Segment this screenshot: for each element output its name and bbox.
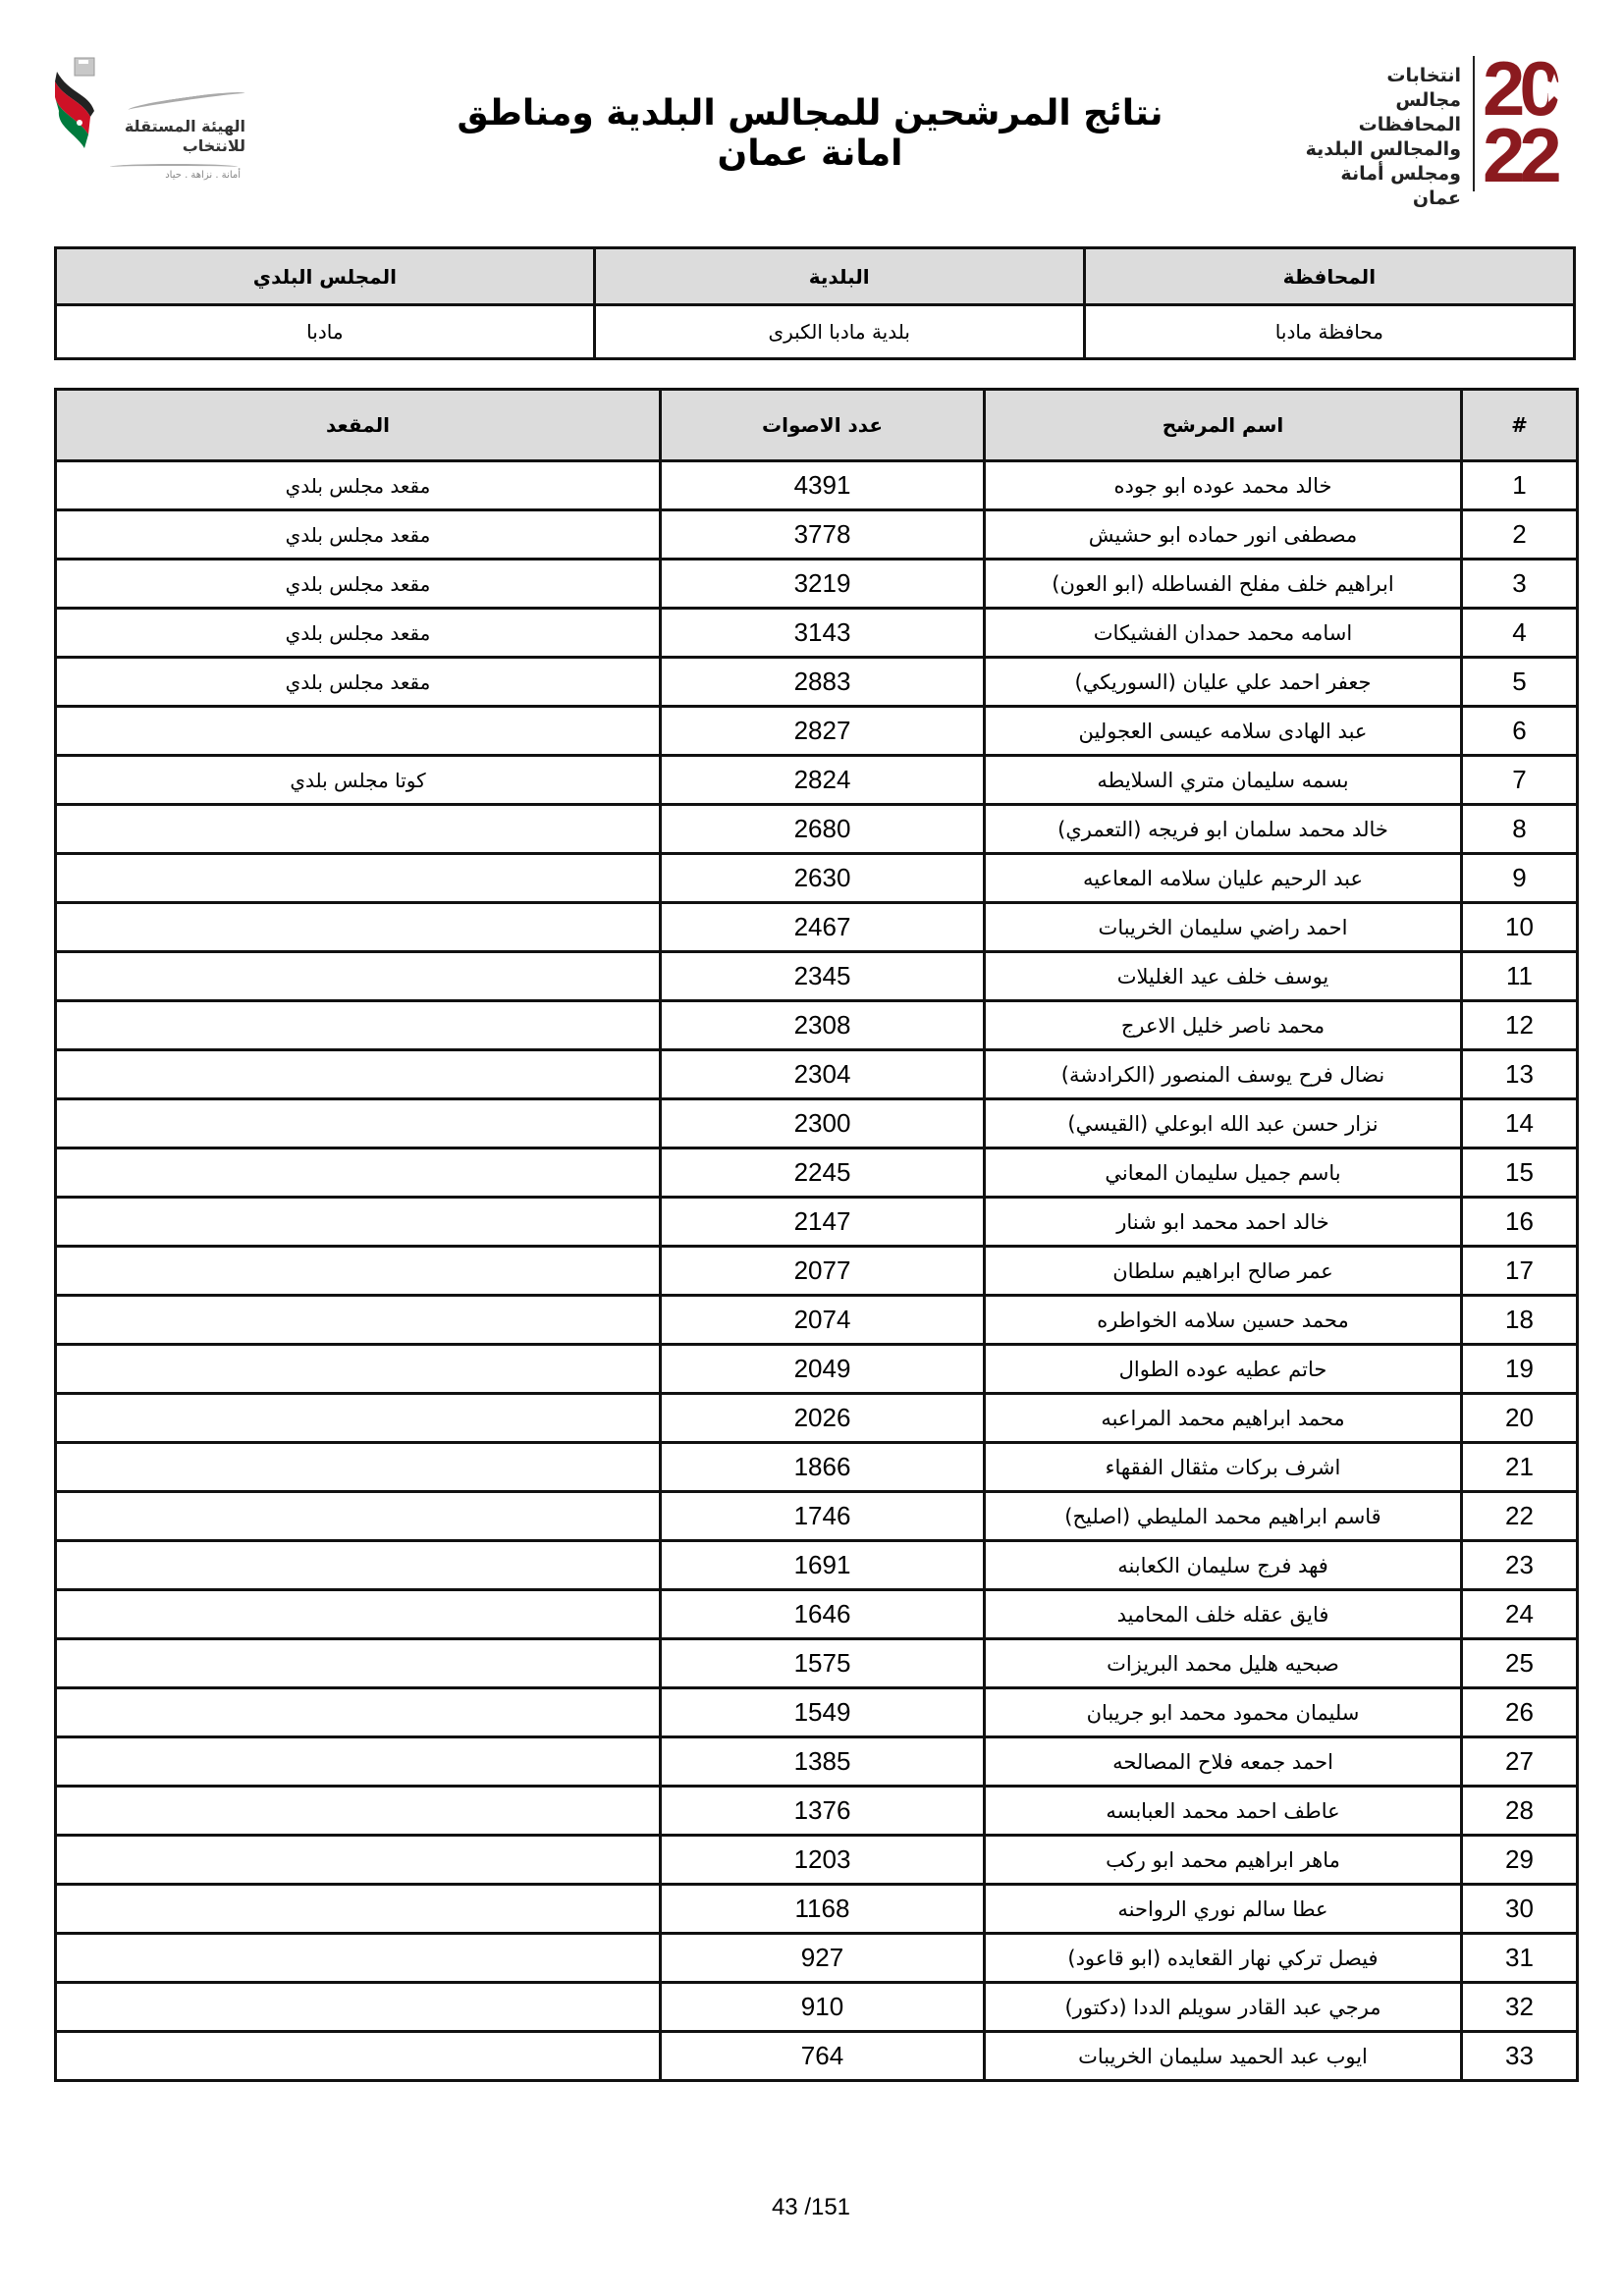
vote-count: 2049 [661,1345,985,1394]
vote-count: 2824 [661,756,985,805]
table-row: 17عمر صالح ابراهيم سلطان2077 [56,1247,1578,1296]
row-index: 9 [1462,854,1578,903]
table-row: 23فهد فرج سليمان الكعابنه1691 [56,1541,1578,1590]
table-row: 12محمد ناصر خليل الاعرج2308 [56,1001,1578,1050]
row-index: 17 [1462,1247,1578,1296]
vote-count: 910 [661,1983,985,2032]
vote-count: 1575 [661,1639,985,1688]
row-index: 13 [1462,1050,1578,1099]
logo-divider [1473,56,1475,191]
candidate-name: خالد احمد محمد ابو شنار [985,1198,1462,1247]
iec-name: الهيئة المستقلة للانتخاب [112,117,245,156]
seat-type [56,1639,661,1688]
seat-type [56,1099,661,1148]
vote-count: 2827 [661,707,985,756]
elections-logo-line3: والمجالس البلدية [1296,137,1461,162]
location-info-table: المحافظة البلدية المجلس البلدي محافظة ما… [54,246,1576,360]
row-index: 30 [1462,1885,1578,1934]
seat-type [56,2032,661,2081]
vote-count: 1646 [661,1590,985,1639]
table-row: 21اشرف بركات مثقال الفقهاء1866 [56,1443,1578,1492]
table-row: 8خالد محمد سلمان ابو فريجه (التعمري)2680 [56,805,1578,854]
vote-count: 1866 [661,1443,985,1492]
vote-count: 2245 [661,1148,985,1198]
seat-type [56,1983,661,2032]
vote-count: 2147 [661,1198,985,1247]
council-header: المجلس البلدي [56,248,595,305]
vote-count: 3219 [661,560,985,609]
row-index: 29 [1462,1836,1578,1885]
elections-logo-line2: مجالس المحافظات [1296,88,1461,137]
vote-count: 1168 [661,1885,985,1934]
row-index: 8 [1462,805,1578,854]
seat-type: مقعد مجلس بلدي [56,560,661,609]
seat-type [56,1787,661,1836]
candidate-name: مصطفى انور حماده ابو حشيش [985,510,1462,560]
candidate-name: عبد الهادى سلامه عيسى العجولين [985,707,1462,756]
vote-count: 2026 [661,1394,985,1443]
seat-type [56,805,661,854]
row-index: 20 [1462,1394,1578,1443]
table-row: 18محمد حسين سلامه الخواطره2074 [56,1296,1578,1345]
page-number: 43 /151 [713,2194,909,2221]
candidate-name: عاطف احمد محمد العبابسه [985,1787,1462,1836]
elections-logo-line1: انتخابات [1296,64,1461,88]
table-row: 5جعفر احمد علي عليان (السوريكي)2883مقعد … [56,658,1578,707]
candidate-name: صبحيه هليل محمد البريزات [985,1639,1462,1688]
iec-name-line2: للانتخاب [112,136,245,156]
table-row: 15باسم جميل سليمان المعاني2245 [56,1148,1578,1198]
row-index: 3 [1462,560,1578,609]
vote-count: 1203 [661,1836,985,1885]
vote-count: 2680 [661,805,985,854]
vote-count: 2345 [661,952,985,1001]
seat-type [56,1737,661,1787]
candidate-name: اسامه محمد حمدان الفشيكات [985,609,1462,658]
seat-type [56,854,661,903]
elections-logo-line4: ومجلس أمانة عمان [1296,162,1461,211]
row-index: 6 [1462,707,1578,756]
iec-logo: الهيئة المستقلة للانتخاب أمانة . نزاهة .… [49,54,245,191]
table-row: 16خالد احمد محمد ابو شنار2147 [56,1198,1578,1247]
seat-type: مقعد مجلس بلدي [56,510,661,560]
row-index: 26 [1462,1688,1578,1737]
name-column-header: اسم المرشح [985,390,1462,461]
elections-logo-text: انتخابات مجالس المحافظات والمجالس البلدي… [1296,64,1461,211]
results-header-row: # اسم المرشح عدد الاصوات المقعد [56,390,1578,461]
vote-count: 1691 [661,1541,985,1590]
candidate-name: يوسف خلف عيد الغليلات [985,952,1462,1001]
council-value: مادبا [56,305,595,359]
vote-count: 927 [661,1934,985,1983]
candidates-results-table: # اسم المرشح عدد الاصوات المقعد 1خالد مح… [54,388,1579,2082]
table-row: 7بسمه سليمان متري السلايطه2824كوتا مجلس … [56,756,1578,805]
vote-count: 2300 [661,1099,985,1148]
seat-type [56,903,661,952]
row-index: 31 [1462,1934,1578,1983]
seat-type [56,1836,661,1885]
candidate-name: عمر صالح ابراهيم سلطان [985,1247,1462,1296]
table-row: 32مرجي عبد القادر سويلم الددا (دكتور)910 [56,1983,1578,2032]
row-index: 7 [1462,756,1578,805]
seat-type [56,1885,661,1934]
candidate-name: خالد محمد عوده ابو جوده [985,461,1462,510]
vote-count: 2074 [661,1296,985,1345]
candidate-name: مرجي عبد القادر سويلم الددا (دكتور) [985,1983,1462,2032]
vote-count: 2467 [661,903,985,952]
table-row: 31فيصل تركي نهار القعايده (ابو قاعود)927 [56,1934,1578,1983]
vote-count: 1385 [661,1737,985,1787]
index-column-header: # [1462,390,1578,461]
vote-count: 764 [661,2032,985,2081]
candidate-name: ايوب عبد الحميد سليمان الخريبات [985,2032,1462,2081]
table-row: 25صبحيه هليل محمد البريزات1575 [56,1639,1578,1688]
seat-type [56,1492,661,1541]
row-index: 11 [1462,952,1578,1001]
vote-count: 1549 [661,1688,985,1737]
candidate-name: باسم جميل سليمان المعاني [985,1148,1462,1198]
row-index: 15 [1462,1148,1578,1198]
table-row: 22قاسم ابراهيم محمد المليطي (اصليح)1746 [56,1492,1578,1541]
page-title: نتائج المرشحين للمجالس البلدية ومناطق ام… [412,93,1208,174]
iec-tagline: أمانة . نزاهة . حياد [118,170,241,181]
table-row: 30عطا سالم نوري الرواحنه1168 [56,1885,1578,1934]
table-row: 14نزار حسن عبد الله ابوعلي (القيسي)2300 [56,1099,1578,1148]
elections-2022-logo: انتخابات مجالس المحافظات والمجالس البلدي… [1296,54,1586,191]
table-row: 1خالد محمد عوده ابو جوده4391مقعد مجلس بل… [56,461,1578,510]
seat-type [56,1148,661,1198]
vote-count: 4391 [661,461,985,510]
seat-type [56,1050,661,1099]
candidate-name: حاتم عطيه عوده الطوال [985,1345,1462,1394]
seat-type: مقعد مجلس بلدي [56,609,661,658]
table-row: 26سليمان محمود محمد ابو جريبان1549 [56,1688,1578,1737]
row-index: 16 [1462,1198,1578,1247]
seat-type [56,1247,661,1296]
jordan-star-icon [1538,72,1571,105]
municipality-value: بلدية مادبا الكبرى [594,305,1084,359]
seat-type [56,952,661,1001]
candidate-name: نضال فرح يوسف المنصور (الكرادشة) [985,1050,1462,1099]
seat-column-header: المقعد [56,390,661,461]
row-index: 24 [1462,1590,1578,1639]
table-row: 11يوسف خلف عيد الغليلات2345 [56,952,1578,1001]
results-body: 1خالد محمد عوده ابو جوده4391مقعد مجلس بل… [56,461,1578,2081]
table-row: 19حاتم عطيه عوده الطوال2049 [56,1345,1578,1394]
vote-count: 2630 [661,854,985,903]
candidate-name: بسمه سليمان متري السلايطه [985,756,1462,805]
year-bottom: 22 [1483,121,1556,189]
candidate-name: محمد ناصر خليل الاعرج [985,1001,1462,1050]
row-index: 23 [1462,1541,1578,1590]
table-row: 3ابراهيم خلف مفلح الفساطله (ابو العون)32… [56,560,1578,609]
row-index: 27 [1462,1737,1578,1787]
table-row: 27احمد جمعه فلاح المصالحه1385 [56,1737,1578,1787]
seat-type [56,1198,661,1247]
seat-type [56,1345,661,1394]
candidate-name: محمد ابراهيم محمد المراعبه [985,1394,1462,1443]
candidate-name: عطا سالم نوري الرواحنه [985,1885,1462,1934]
row-index: 32 [1462,1983,1578,2032]
table-row: 9عبد الرحيم عليان سلامه المعاعيه2630 [56,854,1578,903]
row-index: 22 [1462,1492,1578,1541]
row-index: 5 [1462,658,1578,707]
vote-count: 2077 [661,1247,985,1296]
candidate-name: احمد جمعه فلاح المصالحه [985,1737,1462,1787]
row-index: 18 [1462,1296,1578,1345]
votes-column-header: عدد الاصوات [661,390,985,461]
seat-type [56,1541,661,1590]
seat-type [56,1296,661,1345]
table-row: 10احمد راضي سليمان الخريبات2467 [56,903,1578,952]
table-row: 29ماهر ابراهيم محمد ابو ركب1203 [56,1836,1578,1885]
year-2022: 20 22 [1483,54,1586,191]
row-index: 14 [1462,1099,1578,1148]
vote-count: 2308 [661,1001,985,1050]
row-index: 1 [1462,461,1578,510]
candidate-name: اشرف بركات مثقال الفقهاء [985,1443,1462,1492]
seat-type [56,1001,661,1050]
table-row: 20محمد ابراهيم محمد المراعبه2026 [56,1394,1578,1443]
row-index: 12 [1462,1001,1578,1050]
table-row: 33ايوب عبد الحميد سليمان الخريبات764 [56,2032,1578,2081]
table-row: 6عبد الهادى سلامه عيسى العجولين2827 [56,707,1578,756]
vote-count: 2304 [661,1050,985,1099]
candidate-name: ابراهيم خلف مفلح الفساطله (ابو العون) [985,560,1462,609]
governorate-header: المحافظة [1084,248,1574,305]
candidate-name: محمد حسين سلامه الخواطره [985,1296,1462,1345]
vote-count: 1746 [661,1492,985,1541]
candidate-name: احمد راضي سليمان الخريبات [985,903,1462,952]
table-row: 2مصطفى انور حماده ابو حشيش3778مقعد مجلس … [56,510,1578,560]
row-index: 21 [1462,1443,1578,1492]
municipality-header: البلدية [594,248,1084,305]
row-index: 25 [1462,1639,1578,1688]
vote-count: 2883 [661,658,985,707]
candidate-name: فيصل تركي نهار القعايده (ابو قاعود) [985,1934,1462,1983]
seat-type: كوتا مجلس بلدي [56,756,661,805]
governorate-value: محافظة مادبا [1084,305,1574,359]
seat-type [56,1443,661,1492]
jordan-flag-ribbon-icon [49,54,118,172]
row-index: 33 [1462,2032,1578,2081]
vote-count: 3778 [661,510,985,560]
vote-count: 1376 [661,1787,985,1836]
table-row: 24فايق عقله خلف المحاميد1646 [56,1590,1578,1639]
candidate-name: جعفر احمد علي عليان (السوريكي) [985,658,1462,707]
candidate-name: فايق عقله خلف المحاميد [985,1590,1462,1639]
table-row: 13نضال فرح يوسف المنصور (الكرادشة)2304 [56,1050,1578,1099]
seat-type [56,1590,661,1639]
row-index: 10 [1462,903,1578,952]
candidate-name: ماهر ابراهيم محمد ابو ركب [985,1836,1462,1885]
candidate-name: عبد الرحيم عليان سلامه المعاعيه [985,854,1462,903]
row-index: 19 [1462,1345,1578,1394]
seat-type [56,1394,661,1443]
row-index: 28 [1462,1787,1578,1836]
candidate-name: خالد محمد سلمان ابو فريجه (التعمري) [985,805,1462,854]
row-index: 4 [1462,609,1578,658]
table-row: 4اسامه محمد حمدان الفشيكات3143مقعد مجلس … [56,609,1578,658]
candidate-name: نزار حسن عبد الله ابوعلي (القيسي) [985,1099,1462,1148]
candidate-name: قاسم ابراهيم محمد المليطي (اصليح) [985,1492,1462,1541]
candidate-name: سليمان محمود محمد ابو جريبان [985,1688,1462,1737]
seat-type: مقعد مجلس بلدي [56,461,661,510]
candidate-name: فهد فرج سليمان الكعابنه [985,1541,1462,1590]
seat-type: مقعد مجلس بلدي [56,658,661,707]
vote-count: 3143 [661,609,985,658]
seat-type [56,1688,661,1737]
seat-type [56,1934,661,1983]
table-row: 28عاطف احمد محمد العبابسه1376 [56,1787,1578,1836]
row-index: 2 [1462,510,1578,560]
iec-name-line1: الهيئة المستقلة [112,117,245,136]
seat-type [56,707,661,756]
